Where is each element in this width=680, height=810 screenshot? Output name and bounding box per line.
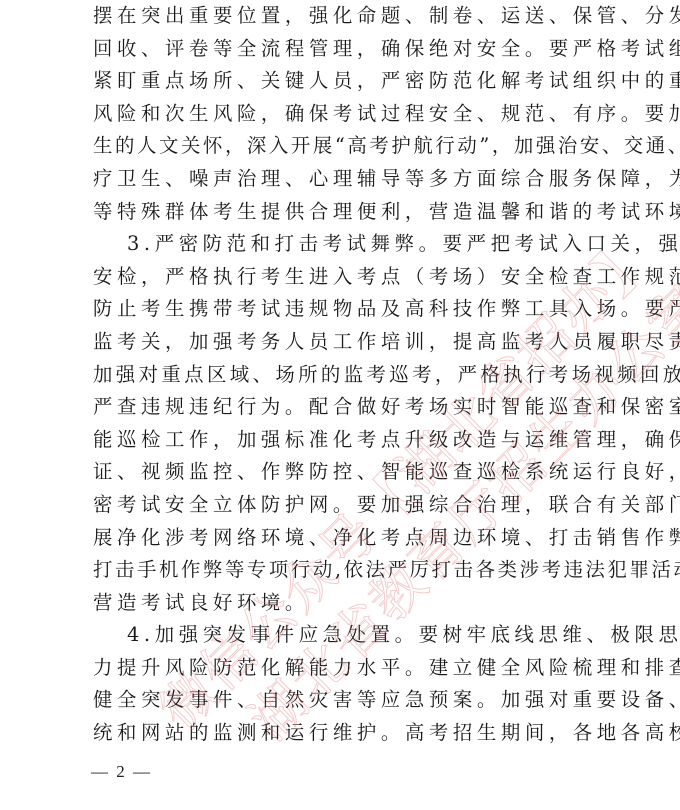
text-line: 等特殊群体考生提供合理便利，营造温馨和谐的考试环境。 — [93, 196, 599, 229]
text-line: 监考关，加强考务人员工作培训，提高监考人员履职尽责能力， — [93, 326, 599, 359]
text-line: 摆在突出重要位置，强化命题、制卷、运送、保管、分发、施考、 — [93, 0, 599, 33]
text-line: 风险和次生风险，确保考试过程安全、规范、有序。要加强对考 — [93, 98, 599, 131]
text-line: 健全突发事件、自然灾害等应急预案。加强对重要设备、信息系 — [93, 684, 599, 717]
text-line: 防止考生携带考试违规物品及高科技作弊工具入场。要严把考试 — [93, 293, 599, 326]
section-heading-4: 4.加强突发事件应急处置。要树牢底线思维、极限思维，着 — [93, 619, 599, 652]
text-line: 证、视频监控、作弊防控、智能巡查巡检系统运行良好，织牢织 — [93, 456, 599, 489]
text-line: 安检，严格执行考生进入考点（考场）安全检查工作规范，坚决 — [93, 261, 599, 294]
text-line: 营造考试良好环境。 — [93, 587, 599, 620]
text-line: 严查违规违纪行为。配合做好考场实时智能巡查和保密室实时智 — [93, 391, 599, 424]
text-line: 回收、评卷等全流程管理，确保绝对安全。要严格考试组织管理， — [93, 33, 599, 66]
text-line: 统和网站的监测和运行维护。高考招生期间，各地各高校要建立 — [93, 717, 599, 750]
text-line: 生的人文关怀，深入开展“高考护航行动”，加强治安、交通、医 — [93, 130, 599, 163]
text-line: 疗卫生、噪声治理、心理辅导等多方面综合服务保障，为残疾人 — [93, 163, 599, 196]
text-line: 展净化涉考网络环境、净化考点周边环境、打击销售作弊器材、 — [93, 522, 599, 555]
text-line: 能巡检工作，加强标准化考点升级改造与运维管理，确保身份验 — [93, 424, 599, 457]
text-line: 力提升风险防范化解能力水平。建立健全风险梳理和排查机制， — [93, 652, 599, 685]
text-line: 密考试安全立体防护网。要加强综合治理，联合有关部门深入开 — [93, 489, 599, 522]
document-page: 摆在突出重要位置，强化命题、制卷、运送、保管、分发、施考、 回收、评卷等全流程管… — [0, 0, 680, 810]
text-line: 打击手机作弊等专项行动,依法严厉打击各类涉考违法犯罪活动， — [93, 554, 599, 587]
document-body: 摆在突出重要位置，强化命题、制卷、运送、保管、分发、施考、 回收、评卷等全流程管… — [93, 0, 599, 750]
text-line: 加强对重点区域、场所的监考巡考，严格执行考场视频回放制度， — [93, 359, 599, 392]
page-number: — 2 — — [91, 762, 152, 782]
text-line: 紧盯重点场所、关键人员，严密防范化解考试组织中的重大安全 — [93, 65, 599, 98]
section-heading-3: 3.严密防范和打击考试舞弊。要严把考试入口关，强化入场 — [93, 228, 599, 261]
